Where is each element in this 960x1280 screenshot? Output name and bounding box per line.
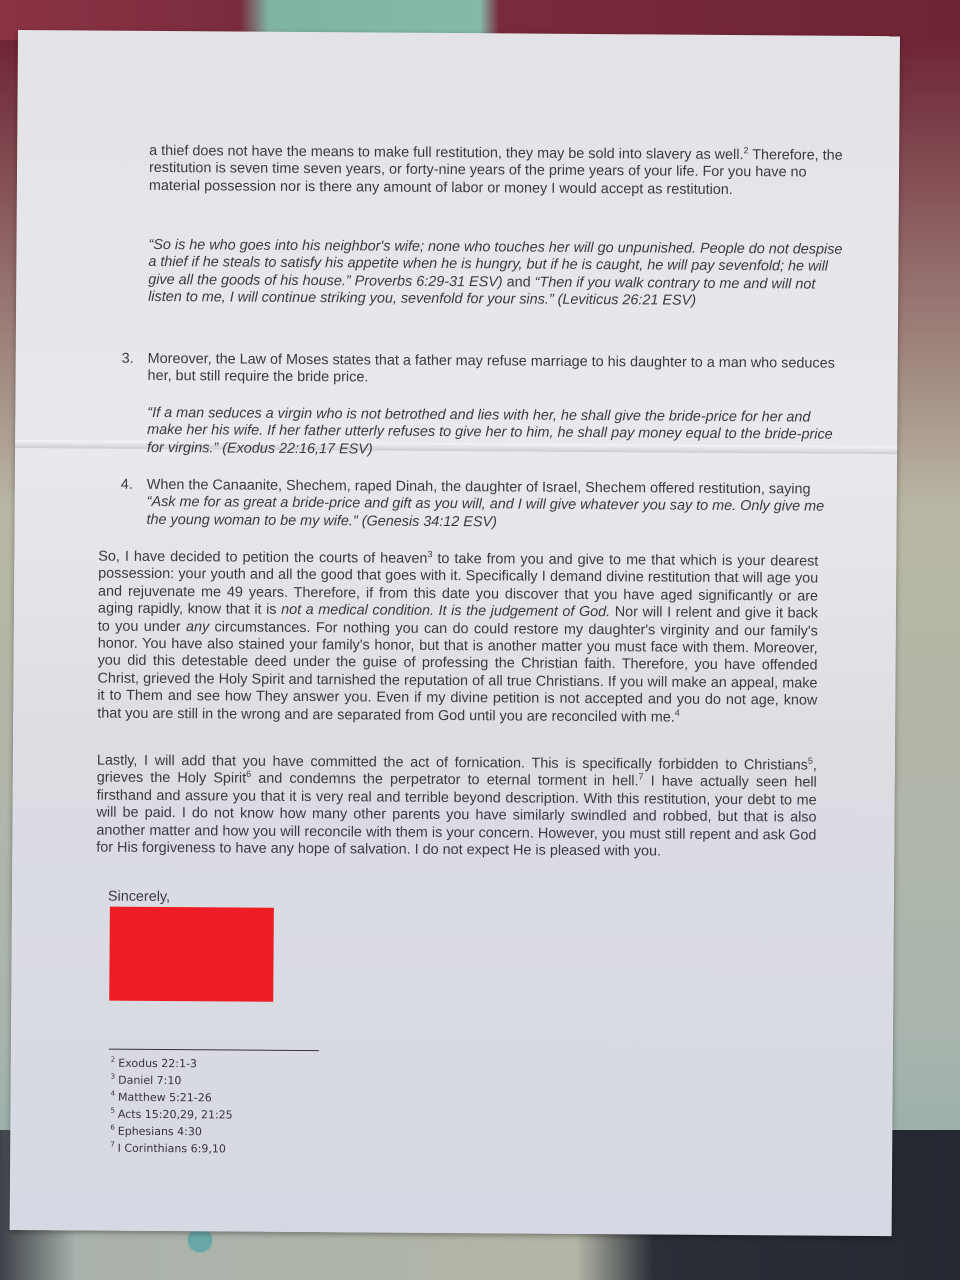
point-3-quote: “If a man seduces a virgin who is not be…	[147, 405, 841, 462]
paragraph-petition: So, I have decided to petition the court…	[97, 549, 818, 728]
point-4-text: When the Canaanite, Shechem, raped Dinah…	[147, 477, 841, 534]
closing-sincerely: Sincerely,	[108, 889, 170, 907]
footnote-item: 5Acts 15:20,29, 21:25	[110, 1106, 232, 1124]
footnote-item: 2Exodus 22:1-3	[111, 1055, 233, 1073]
footnotes-list: 2Exodus 22:1-3 3Daniel 7:10 4Matthew 5:2…	[110, 1055, 233, 1158]
point-3-text: Moreover, the Law of Moses states that a…	[148, 351, 842, 391]
footnote-divider	[109, 1049, 319, 1051]
signature-redaction	[109, 907, 274, 1002]
footnote-item: 7I Corinthians 6:9,10	[110, 1140, 232, 1158]
footnote-item: 4Matthew 5:21-26	[110, 1089, 232, 1107]
letter-page: a thief does not have the means to make …	[10, 30, 900, 1236]
paragraph-lastly: Lastly, I will add that you have committ…	[96, 753, 817, 862]
footnote-item: 6Ephesians 4:30	[110, 1123, 232, 1141]
footnote-item: 3Daniel 7:10	[111, 1072, 233, 1090]
continuation-paragraph: a thief does not have the means to make …	[149, 143, 843, 200]
point-number: 4.	[121, 477, 133, 494]
point-number: 3.	[122, 351, 134, 368]
proverbs-quote: “So is he who goes into his neighbor's w…	[148, 237, 842, 311]
